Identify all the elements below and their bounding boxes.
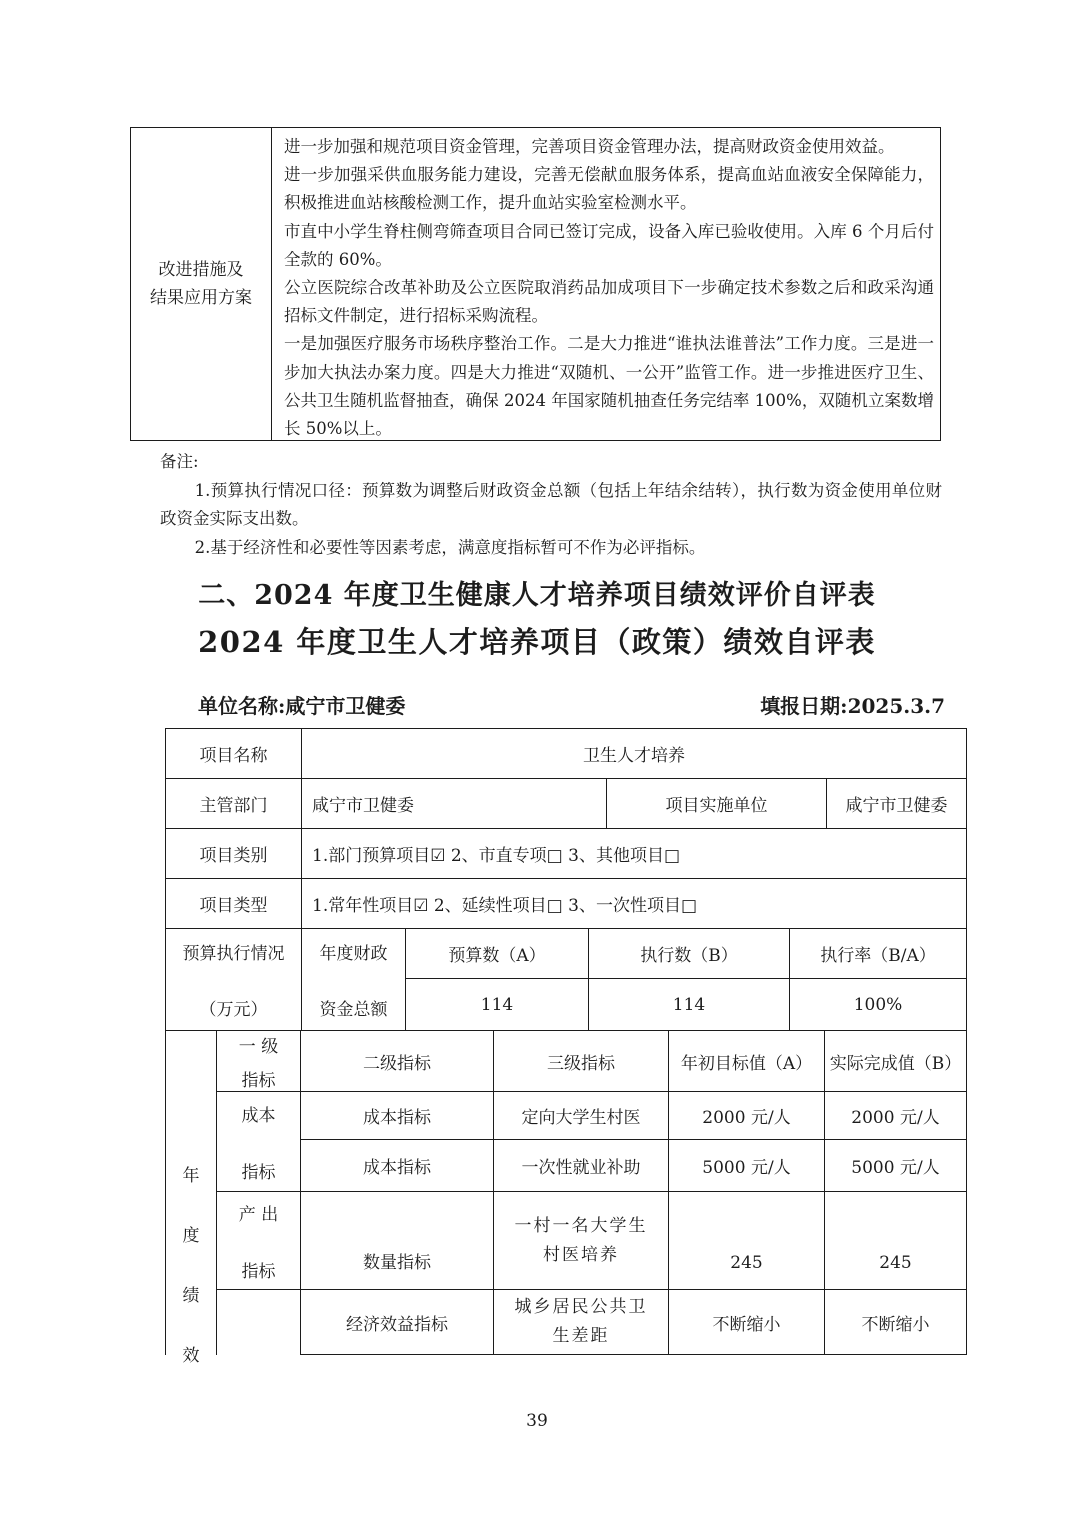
indicator-target-cell: 2000 元/人	[669, 1092, 825, 1140]
basic-info-section: 项目名称 卫生人才培养 主管部门 咸宁市卫健委 项目实施单位 咸宁市卫健委 项目…	[165, 728, 967, 929]
implementer-label-cell: 项目实施单位	[607, 779, 827, 828]
cost-group-line2: 指标	[242, 1158, 276, 1183]
fund-label-line2: 资金总额	[320, 995, 388, 1020]
self-evaluation-table: 项目名称 卫生人才培养 主管部门 咸宁市卫健委 项目实施单位 咸宁市卫健委 项目…	[165, 728, 967, 1355]
report-date: 填报日期:2025.3.7	[760, 690, 945, 719]
indicator-level3-cell: 一村一名大学生村医培养	[494, 1192, 669, 1290]
indicator-target-cell: 5000 元/人	[669, 1140, 825, 1192]
indicator-level2-cell: 经济效益指标	[301, 1290, 494, 1355]
output-indicator-group-cell: 产 出 指标	[217, 1192, 301, 1290]
cost-group-line1: 成本	[242, 1101, 276, 1126]
notes-heading: 备注:	[160, 448, 942, 477]
improvement-paragraph: 公立医院综合改革补助及公立医院取消药品加成项目下一步确定技术参数之后和政采沟通招…	[284, 274, 934, 330]
budget-amount-header-cell: 预算数（A）	[406, 929, 589, 979]
improvement-measures-table: 改进措施及 结果应用方案 进一步加强和规范项目资金管理，完善项目资金管理办法，提…	[130, 127, 941, 441]
improvement-paragraph: 进一步加强采供血服务能力建设，完善无偿献血服务体系，提高血站血液安全保障能力，积…	[284, 161, 934, 217]
indicator-level3-text: 城乡居民公共卫生差距	[508, 1293, 654, 1351]
indicator-level3-text: 一村一名大学生村医培养	[508, 1212, 654, 1270]
indicator-target-cell: 245	[669, 1192, 825, 1290]
output-group-line2: 指标	[242, 1257, 276, 1282]
improvement-row-content: 进一步加强和规范项目资金管理，完善项目资金管理办法，提高财政资金使用效益。 进一…	[272, 128, 940, 440]
exec-amount-value-cell: 114	[589, 979, 790, 1030]
note-item-2: 2.基于经济性和必要性等因素考虑，满意度指标暂可不作为必评指标。	[160, 534, 942, 563]
budget-label-line2: （万元）	[200, 995, 268, 1020]
improvement-paragraph: 一是加强医疗服务市场秩序整治工作。二是大力推进“谁执法谁普法”工作力度。三是进一…	[284, 330, 934, 440]
section-title: 二、2024 年度卫生健康人才培养项目绩效评价自评表	[0, 573, 1074, 612]
level2-header-cell: 二级指标	[301, 1031, 494, 1092]
exec-rate-header-cell: 执行率（B/A）	[790, 929, 966, 979]
category-value-cell: 1.部门预算项目☑ 2、市直专项□ 3、其他项目□	[302, 829, 966, 878]
budget-amount-value-cell: 114	[406, 979, 589, 1030]
fund-label-line1: 年度财政	[320, 939, 388, 964]
actual-header-cell: 实际完成值（B）	[825, 1031, 966, 1092]
indicator-level2-cell: 成本指标	[301, 1092, 494, 1140]
side-char: 度	[183, 1221, 200, 1246]
notes-section: 备注: 1.预算执行情况口径：预算数为调整后财政资金总额（包括上年结余结转），执…	[160, 448, 942, 562]
project-name-label-cell: 项目名称	[166, 729, 302, 778]
type-label-cell: 项目类型	[166, 879, 302, 928]
indicator-actual-cell: 5000 元/人	[825, 1140, 966, 1192]
budget-row-label-cell: 预算执行情况 （万元）	[166, 929, 302, 1030]
improvement-paragraph: 市直中小学生脊柱侧弯筛查项目合同已签订完成，设备入库已验收使用。入库 6 个月后…	[284, 218, 934, 274]
improvement-paragraph: 进一步加强和规范项目资金管理，完善项目资金管理办法，提高财政资金使用效益。	[284, 133, 934, 161]
improvement-label-line2: 结果应用方案	[150, 284, 252, 312]
page-number: 39	[0, 1411, 1074, 1431]
indicator-actual-cell: 不断缩小	[825, 1290, 966, 1355]
annual-performance-side-label: 年 度 绩 效	[166, 1031, 217, 1355]
indicator-target-cell: 不断缩小	[669, 1290, 825, 1355]
category-label-cell: 项目类别	[166, 829, 302, 878]
side-char: 效	[183, 1341, 200, 1366]
supervisor-label-cell: 主管部门	[166, 779, 302, 828]
indicator-actual-cell: 245	[825, 1192, 966, 1290]
target-header-cell: 年初目标值（A）	[669, 1031, 825, 1092]
table-row: 主管部门 咸宁市卫健委 项目实施单位 咸宁市卫健委	[166, 779, 966, 829]
budget-label-line1: 预算执行情况	[183, 939, 285, 964]
project-name-value-cell: 卫生人才培养	[302, 729, 966, 778]
form-title: 2024 年度卫生人才培养项目（政策）绩效自评表	[0, 620, 1074, 661]
report-date-value: 2025.3.7	[848, 694, 945, 718]
unit-name-value: 咸宁市卫健委	[285, 694, 405, 718]
indicator-actual-cell: 2000 元/人	[825, 1092, 966, 1140]
indicator-level2-cell: 数量指标	[301, 1192, 494, 1290]
indicator-level3-cell: 一次性就业补助	[494, 1140, 669, 1192]
exec-amount-header-cell: 执行数（B）	[589, 929, 790, 979]
unit-name-label: 单位名称:	[198, 694, 285, 718]
type-value-cell: 1.常年性项目☑ 2、延续性项目□ 3、一次性项目□	[302, 879, 966, 928]
output-group-line1: 产 出	[239, 1200, 278, 1225]
side-char: 年	[183, 1161, 200, 1186]
improvement-label-line1: 改进措施及	[159, 256, 244, 284]
budget-execution-section: 预算执行情况 （万元） 年度财政 资金总额 预算数（A） 执行数（B） 执行率（…	[165, 929, 967, 1031]
benefit-indicator-group-cell	[217, 1290, 301, 1355]
level1-header-line1: 一 级	[239, 1032, 278, 1057]
indicator-level3-cell: 定向大学生村医	[494, 1092, 669, 1140]
note-item-1: 1.预算执行情况口径：预算数为调整后财政资金总额（包括上年结余结转），执行数为资…	[160, 477, 942, 534]
table-row: 项目类型 1.常年性项目☑ 2、延续性项目□ 3、一次性项目□	[166, 879, 966, 928]
level3-header-cell: 三级指标	[494, 1031, 669, 1092]
indicator-level2-cell: 成本指标	[301, 1140, 494, 1192]
improvement-row-label: 改进措施及 结果应用方案	[131, 128, 272, 440]
cost-indicator-group-cell: 成本 指标	[217, 1092, 301, 1192]
supervisor-value-cell: 咸宁市卫健委	[302, 779, 607, 828]
indicator-level3-cell: 城乡居民公共卫生差距	[494, 1290, 669, 1355]
indicators-section: 年 度 绩 效 一 级 指标 二级指标 三级指标 年初目标值（A） 实际完成值（…	[165, 1031, 967, 1355]
table-row: 项目名称 卫生人才培养	[166, 729, 966, 779]
side-char: 绩	[183, 1281, 200, 1306]
annual-fund-label-cell: 年度财政 资金总额	[302, 929, 406, 1030]
report-date-label: 填报日期:	[760, 694, 847, 718]
exec-rate-value-cell: 100%	[790, 979, 966, 1030]
meta-row: 单位名称:咸宁市卫健委 填报日期:2025.3.7	[165, 690, 967, 719]
implementer-value-cell: 咸宁市卫健委	[827, 779, 966, 828]
document-page: 改进措施及 结果应用方案 进一步加强和规范项目资金管理，完善项目资金管理办法，提…	[0, 0, 1074, 1520]
level1-header-cell: 一 级 指标	[217, 1031, 301, 1092]
unit-name: 单位名称:咸宁市卫健委	[198, 690, 405, 719]
level1-header-line2: 指标	[242, 1066, 276, 1091]
table-row: 项目类别 1.部门预算项目☑ 2、市直专项□ 3、其他项目□	[166, 829, 966, 879]
